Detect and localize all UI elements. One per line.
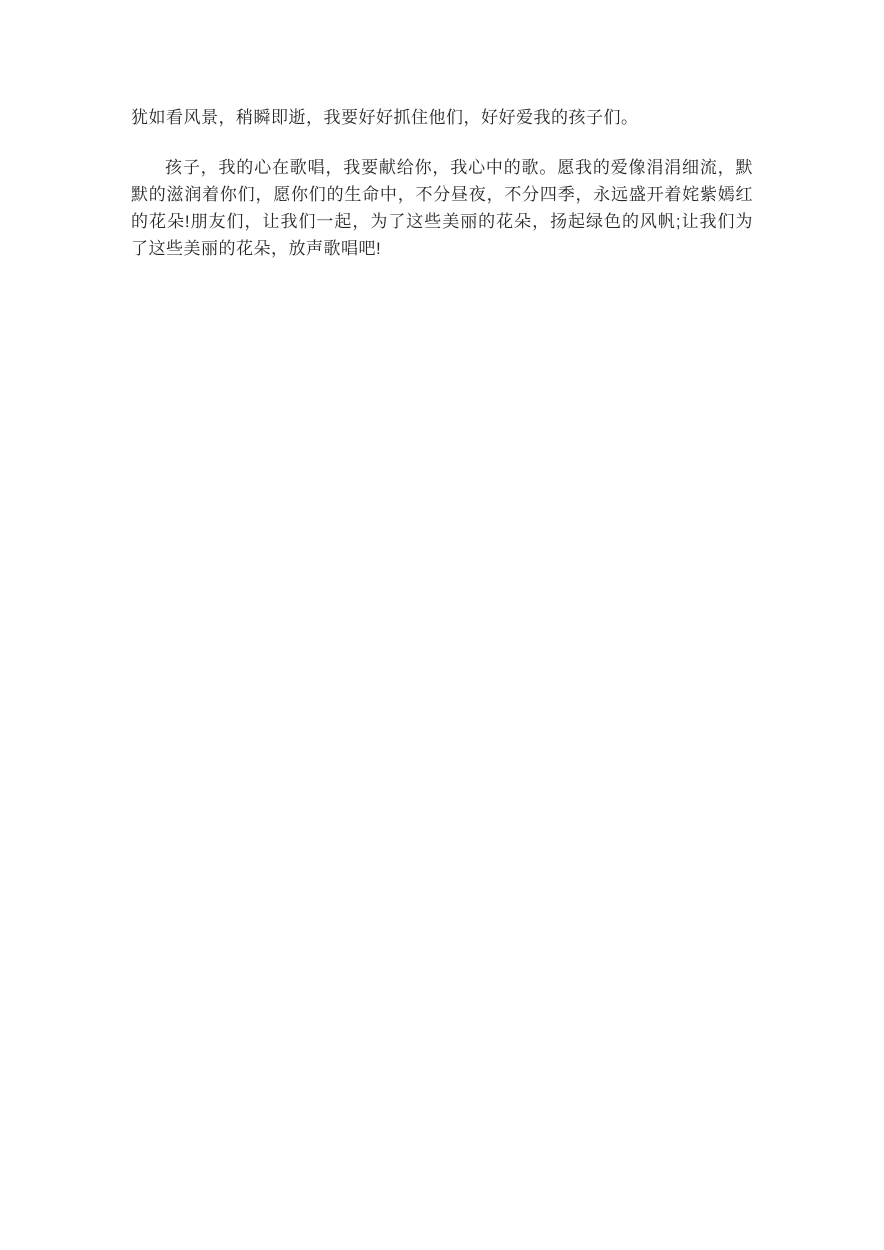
document-body: 犹如看风景，稍瞬即逝，我要好好抓住他们，好好爱我的孩子们。 孩子，我的心在歌唱，… (131, 104, 753, 262)
paragraph-closing-line: 犹如看风景，稍瞬即逝，我要好好抓住他们，好好爱我的孩子们。 (131, 104, 753, 131)
paragraph-song-dedication: 孩子，我的心在歌唱，我要献给你，我心中的歌。愿我的爱像涓涓细流，默默的滋润着你们… (131, 154, 753, 262)
document-page: 犹如看风景，稍瞬即逝，我要好好抓住他们，好好爱我的孩子们。 孩子，我的心在歌唱，… (0, 0, 884, 1250)
